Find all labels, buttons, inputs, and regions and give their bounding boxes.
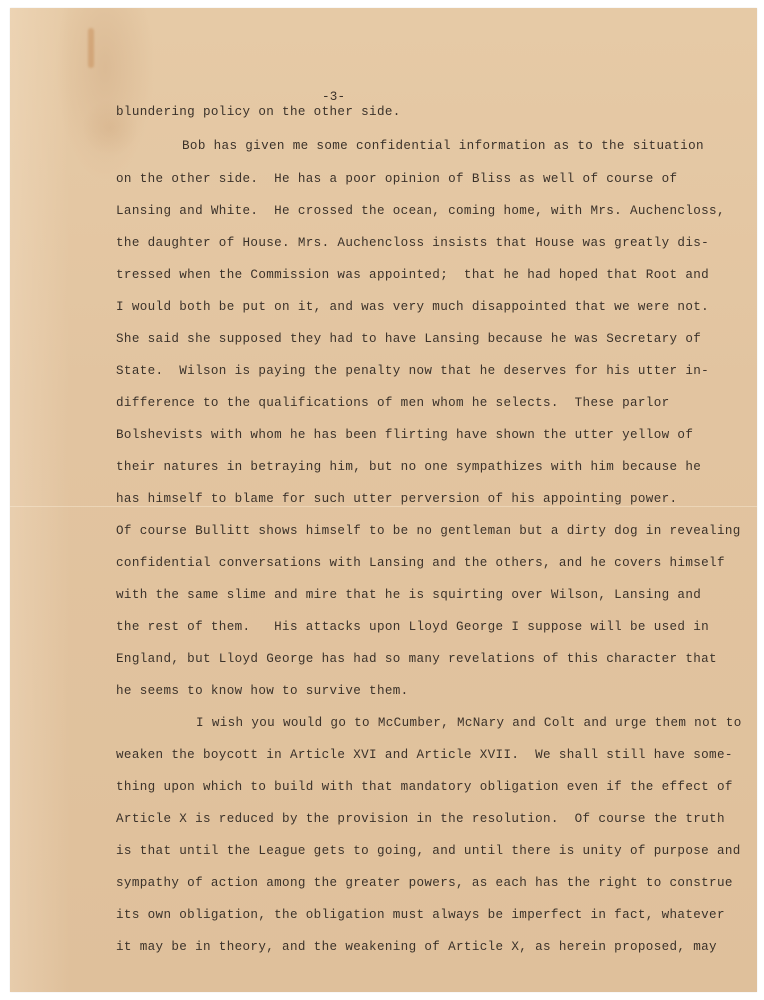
- text-line: I would both be put on it, and was very …: [116, 299, 709, 315]
- text-line: he seems to know how to survive them.: [116, 683, 409, 699]
- text-line: Bob has given me some confidential infor…: [182, 138, 704, 154]
- text-line: thing upon which to build with that mand…: [116, 779, 733, 795]
- text-line: sympathy of action among the greater pow…: [116, 875, 733, 891]
- text-line: has himself to blame for such utter perv…: [116, 491, 677, 507]
- text-line: Article X is reduced by the provision in…: [116, 811, 725, 827]
- text-line: blundering policy on the other side.: [116, 104, 401, 120]
- text-line: Bolshevists with whom he has been flirti…: [116, 427, 693, 443]
- text-line: tressed when the Commission was appointe…: [116, 267, 709, 283]
- text-line: confidential conversations with Lansing …: [116, 555, 725, 571]
- text-line: on the other side. He has a poor opinion…: [116, 171, 677, 187]
- text-line: England, but Lloyd George has had so man…: [116, 651, 717, 667]
- text-line: with the same slime and mire that he is …: [116, 587, 701, 603]
- text-line: its own obligation, the obligation must …: [116, 907, 725, 923]
- text-line: is that until the League gets to going, …: [116, 843, 741, 859]
- text-line: the daughter of House. Mrs. Auchencloss …: [116, 235, 709, 251]
- text-line: difference to the qualifications of men …: [116, 395, 670, 411]
- text-line: the rest of them. His attacks upon Lloyd…: [116, 619, 709, 635]
- text-line: it may be in theory, and the weakening o…: [116, 939, 717, 955]
- paper-stain: [88, 28, 94, 68]
- text-line: I wish you would go to McCumber, McNary …: [196, 715, 742, 731]
- typewritten-page: -3- blundering policy on the other side.…: [10, 8, 757, 992]
- text-line: She said she supposed they had to have L…: [116, 331, 701, 347]
- text-line: their natures in betraying him, but no o…: [116, 459, 701, 475]
- text-line: State. Wilson is paying the penalty now …: [116, 363, 709, 379]
- page-number: -3-: [322, 90, 345, 104]
- text-line: Lansing and White. He crossed the ocean,…: [116, 203, 725, 219]
- text-line: Of course Bullitt shows himself to be no…: [116, 523, 741, 539]
- text-line: weaken the boycott in Article XVI and Ar…: [116, 747, 733, 763]
